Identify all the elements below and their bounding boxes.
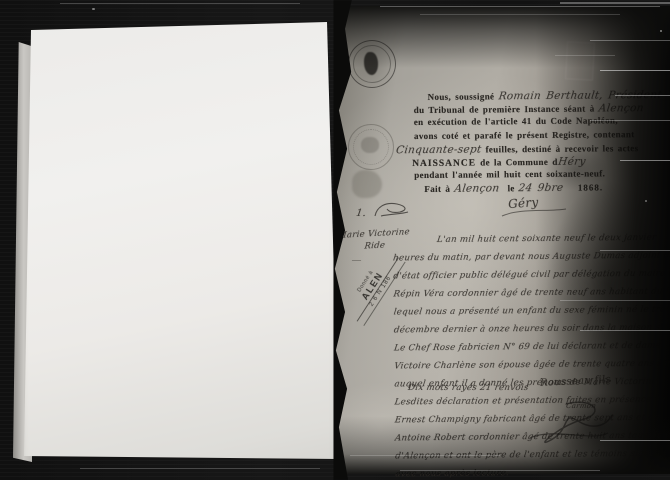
act-line: d'état officier public délégué civil par… <box>392 268 670 282</box>
round-official-seal-stamp <box>348 40 396 88</box>
handwritten-judge-name: Romain Berthault, Président <box>498 89 663 102</box>
act-line: heures du matin, par devant nous Auguste… <box>392 250 670 264</box>
handwritten-issue-place: Alençon <box>454 183 501 195</box>
handwritten-issue-date: 24 9bre <box>518 182 565 194</box>
handwritten-sheet-count: Cinquante-sept <box>395 143 482 156</box>
faint-round-seal-stamp <box>348 124 394 170</box>
microfilm-scan-frame: Nous, soussigné Romain Berthault, Présid… <box>0 0 670 480</box>
heading-text: Fait à <box>424 184 450 194</box>
handwritten-court-place: Alençon <box>598 102 645 114</box>
act-line: Victoire Charlène son épouse âgée de tre… <box>393 358 670 372</box>
heading-text: le <box>508 183 515 193</box>
act-entry-number: 1. <box>355 208 367 219</box>
act-closing-note: Dix mots rayés 21 renvois <box>407 383 529 393</box>
heading-text: feuilles, destiné à recevoir les actes <box>486 143 639 154</box>
ink-blot <box>352 170 382 198</box>
act-line: décembre dernier à onze heures du soir d… <box>393 322 670 336</box>
act-line: avec nous après lecture. <box>395 468 510 480</box>
large-paraph-flourish <box>502 396 617 454</box>
heading-text: de la Commune d <box>480 157 558 168</box>
printed-year: 1868. <box>578 183 603 193</box>
signature-flourish <box>500 206 570 220</box>
act-line: Le Chef Rose fabricien N° 69 de lui décl… <box>393 341 661 355</box>
act-line: L'an mil huit cent soixante neuf le deux… <box>392 233 657 247</box>
heading-text: du Tribunal de première Instance séant à <box>414 104 595 116</box>
naissance-title: NAISSANCE <box>412 158 476 169</box>
handwritten-commune-name: Héry <box>557 155 586 167</box>
act-line: Répin Véra cordonnier âgé de trente neuf… <box>393 286 670 300</box>
printed-register-heading: Nous, soussigné Romain Berthault, Présid… <box>396 89 670 197</box>
heading-text: Nous, soussigné <box>428 91 495 102</box>
margin-paraph-flourish <box>372 200 412 220</box>
margin-dash: — <box>352 255 361 265</box>
act-line: lequel nous a présenté un enfant du sexe… <box>393 304 670 318</box>
embossed-revenue-stamp <box>565 41 595 80</box>
